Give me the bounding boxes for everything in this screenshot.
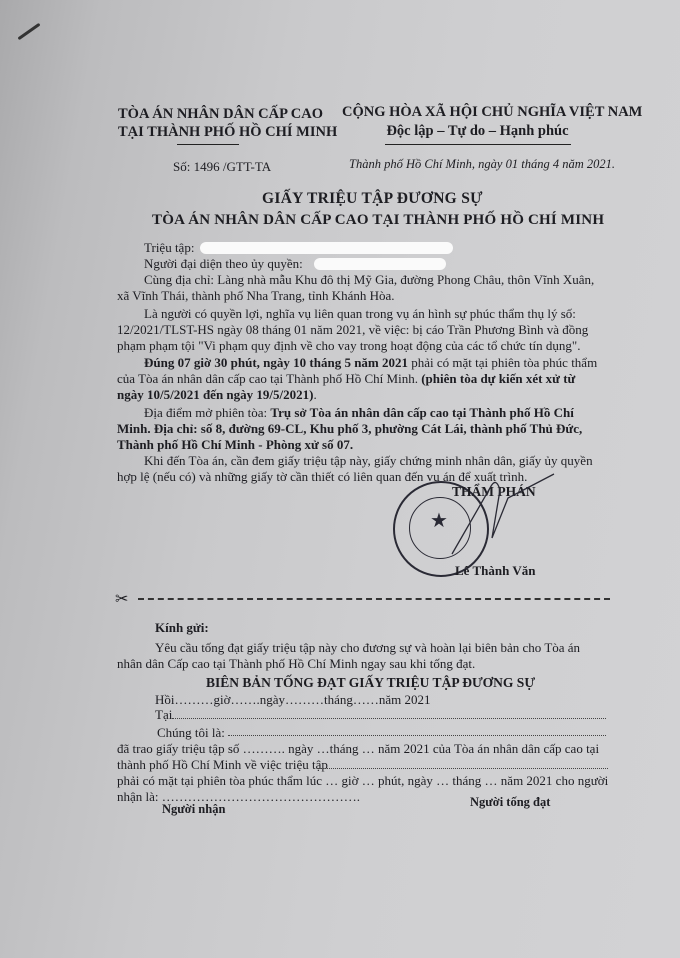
address-line2: xã Vĩnh Thái, thành phố Nha Trang, tỉnh … [117, 288, 395, 304]
document-number: Số: 1496 /GTT-TA [173, 159, 271, 175]
delivery-regarding-line: thành phố Hồ Chí Minh về việc triệu tập [117, 757, 328, 773]
address-line1: Cùng địa chỉ: Làng nhà mẫu Khu đô thị Mỹ… [144, 272, 594, 288]
delivery-regarding-field [318, 768, 608, 769]
venue-line3: Thành phố Hồ Chí Minh - Phòng xử số 07. [117, 437, 353, 453]
hearing-range: ngày 10/5/2021 đến ngày 19/5/2021) [117, 387, 313, 402]
document-title: GIẤY TRIỆU TẬP ĐƯƠNG SỰ [262, 190, 483, 208]
pen-mark [17, 23, 40, 40]
scissors-icon: ✂ [115, 589, 128, 609]
place-date: Thành phố Hồ Chí Minh, ngày 01 tháng 4 n… [349, 157, 615, 172]
bring-line1: Khi đến Tòa án, cần đem giấy triệu tập n… [144, 453, 593, 469]
delivery-place-label: Tại [155, 707, 172, 723]
cut-line [138, 598, 610, 600]
role-line2: 12/2021/TLST-HS ngày 08 tháng 01 năm 202… [117, 322, 588, 338]
hearing-time-rest: phải có mặt tại phiên tòa phúc thẩm [408, 355, 597, 370]
deliverer-signature-label: Người tống đạt [470, 795, 550, 810]
redacted-representative [314, 258, 446, 270]
delivery-receiver-line: nhận là: ………………………………………. [117, 789, 360, 805]
summons-document: TÒA ÁN NHÂN DÂN CẤP CAO TẠI THÀNH PHỐ HỒ… [0, 0, 680, 958]
delivery-place-field [172, 718, 606, 719]
request-line2: nhân dân Cấp cao tại Thành phố Hồ Chí Mi… [117, 656, 475, 672]
receiver-signature-label: Người nhận [162, 802, 225, 817]
role-line1: Là người có quyền lợi, nghĩa vụ liên qua… [144, 306, 576, 322]
hearing-time-line3: ngày 10/5/2021 đến ngày 19/5/2021). [117, 387, 317, 403]
salutation: Kính gửi: [155, 620, 209, 636]
hearing-court: của Tòa án nhân dân cấp cao tại Thành ph… [117, 371, 421, 386]
document-subtitle: TÒA ÁN NHÂN DÂN CẤP CAO TẠI THÀNH PHỐ HỒ… [152, 212, 604, 229]
hearing-time-line2: của Tòa án nhân dân cấp cao tại Thành ph… [117, 371, 575, 387]
venue-name: Trụ sở Tòa án nhân dân cấp cao tại Thành… [270, 405, 573, 420]
judge-name: Lê Thành Văn [455, 563, 535, 579]
summoned-label: Triệu tập: [144, 240, 194, 256]
venue-label: Địa điểm mở phiên tòa: [144, 405, 270, 420]
judge-signature [450, 468, 560, 558]
hearing-range-end: . [313, 387, 316, 402]
hearing-time-line1: Đúng 07 giờ 30 phút, ngày 10 tháng 5 năm… [144, 355, 597, 371]
venue-line1: Địa điểm mở phiên tòa: Trụ sở Tòa án nhâ… [144, 405, 574, 421]
court-name-line2: TẠI THÀNH PHỐ HỒ CHÍ MINH [118, 124, 298, 141]
delivery-we-label: Chúng tôi là: [157, 725, 225, 741]
star-icon: ★ [430, 508, 448, 533]
delivery-attend-line: phải có mặt tại phiên tòa phúc thẩm lúc … [117, 773, 608, 789]
request-line1: Yêu cầu tống đạt giấy triệu tập này cho … [155, 640, 580, 656]
court-underline [177, 144, 239, 145]
delivery-time-line: Hồi………giờ…….ngày………tháng……năm 2021 [155, 692, 431, 708]
motto-underline [385, 144, 571, 145]
redacted-name [200, 242, 453, 254]
motto: Độc lập – Tự do – Hạnh phúc [380, 123, 575, 140]
hearing-time: Đúng 07 giờ 30 phút, ngày 10 tháng 5 năm… [144, 355, 408, 370]
role-line3: phạm phạm tội "Vi phạm quy định về cho v… [117, 338, 580, 354]
delivery-record-title: BIÊN BẢN TỐNG ĐẠT GIẤY TRIỆU TẬP ĐƯƠNG S… [206, 675, 535, 691]
court-name-line1: TÒA ÁN NHÂN DÂN CẤP CAO [118, 106, 288, 123]
delivery-we-field [228, 735, 606, 736]
hearing-expected: (phiên tòa dự kiến xét xử từ [421, 371, 575, 386]
delivery-handed-line: đã trao giấy triệu tập số ………. ngày …thá… [117, 741, 599, 757]
venue-line2: Minh. Địa chỉ: số 8, đường 69-CL, Khu ph… [117, 421, 582, 437]
representative-label: Người đại diện theo ủy quyền: [144, 256, 303, 272]
republic-name: CỘNG HÒA XÃ HỘI CHỦ NGHĨA VIỆT NAM [342, 104, 612, 121]
